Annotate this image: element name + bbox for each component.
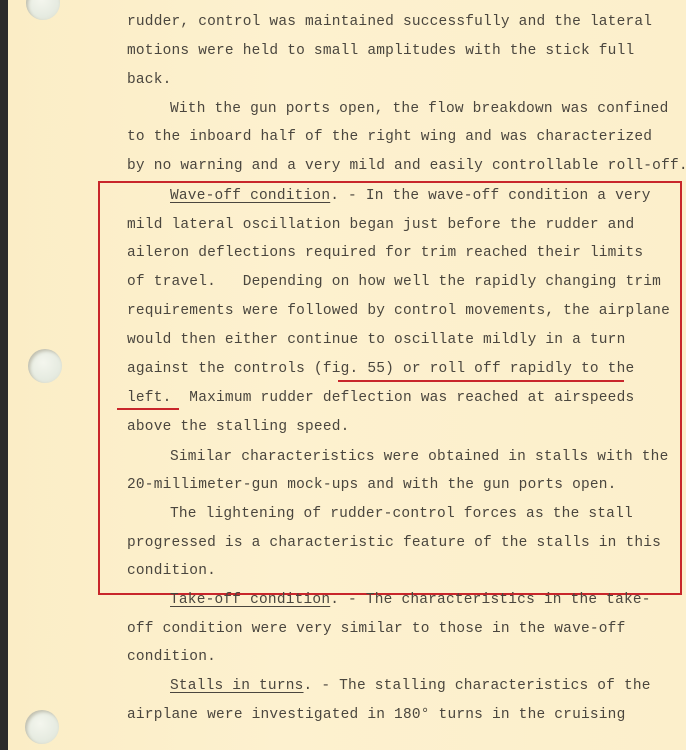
section-heading-turns: Stalls in turns. - The stalling characte… <box>170 676 651 696</box>
text-line: mild lateral oscillation began just befo… <box>127 215 634 235</box>
text-line: would then either continue to oscillate … <box>127 330 625 350</box>
text-line: of travel. Depending on how well the rap… <box>127 272 661 292</box>
text-line: condition. <box>127 647 216 667</box>
text-line: aileron deflections required for trim re… <box>127 243 643 263</box>
scanner-edge <box>0 0 8 750</box>
heading-text: Stalls in turns <box>170 678 304 694</box>
text-line: off condition were very similar to those… <box>127 619 625 639</box>
heading-rest: . - In the wave-off condition a very <box>330 188 650 204</box>
heading-text: Take-off condition <box>170 592 330 608</box>
text-line: With the gun ports open, the flow breakd… <box>170 99 668 119</box>
annotation-underline <box>117 408 179 410</box>
text-line: 20-millimeter-gun mock-ups and with the … <box>127 475 617 495</box>
text-line: rudder, control was maintained successfu… <box>127 12 652 32</box>
text-line: by no warning and a very mild and easily… <box>127 156 686 176</box>
heading-rest: . - The stalling characteristics of the <box>304 678 651 694</box>
section-heading-takeoff: Take-off condition. - The characteristic… <box>170 590 651 610</box>
heading-rest: . - The characteristics in the take- <box>330 592 650 608</box>
punch-hole <box>28 349 62 383</box>
section-heading-waveoff: Wave-off condition. - In the wave-off co… <box>170 186 651 206</box>
text-line: back. <box>127 70 172 90</box>
heading-text: Wave-off condition <box>170 188 330 204</box>
text-line: The lightening of rudder-control forces … <box>170 504 633 524</box>
text-line: above the stalling speed. <box>127 417 350 437</box>
text-line: motions were held to small amplitudes wi… <box>127 41 634 61</box>
text-line: requirements were followed by control mo… <box>127 301 670 321</box>
text-line: condition. <box>127 561 216 581</box>
text-line: progressed is a characteristic feature o… <box>127 533 661 553</box>
text-line: against the controls (fig. 55) or roll o… <box>127 359 634 379</box>
punch-hole <box>25 710 59 744</box>
text-line: airplane were investigated in 180° turns… <box>127 705 625 725</box>
text-line: left. Maximum rudder deflection was reac… <box>127 388 634 408</box>
text-line: Similar characteristics were obtained in… <box>170 447 668 467</box>
text-line: to the inboard half of the right wing an… <box>127 127 652 147</box>
annotation-underline <box>338 380 624 382</box>
